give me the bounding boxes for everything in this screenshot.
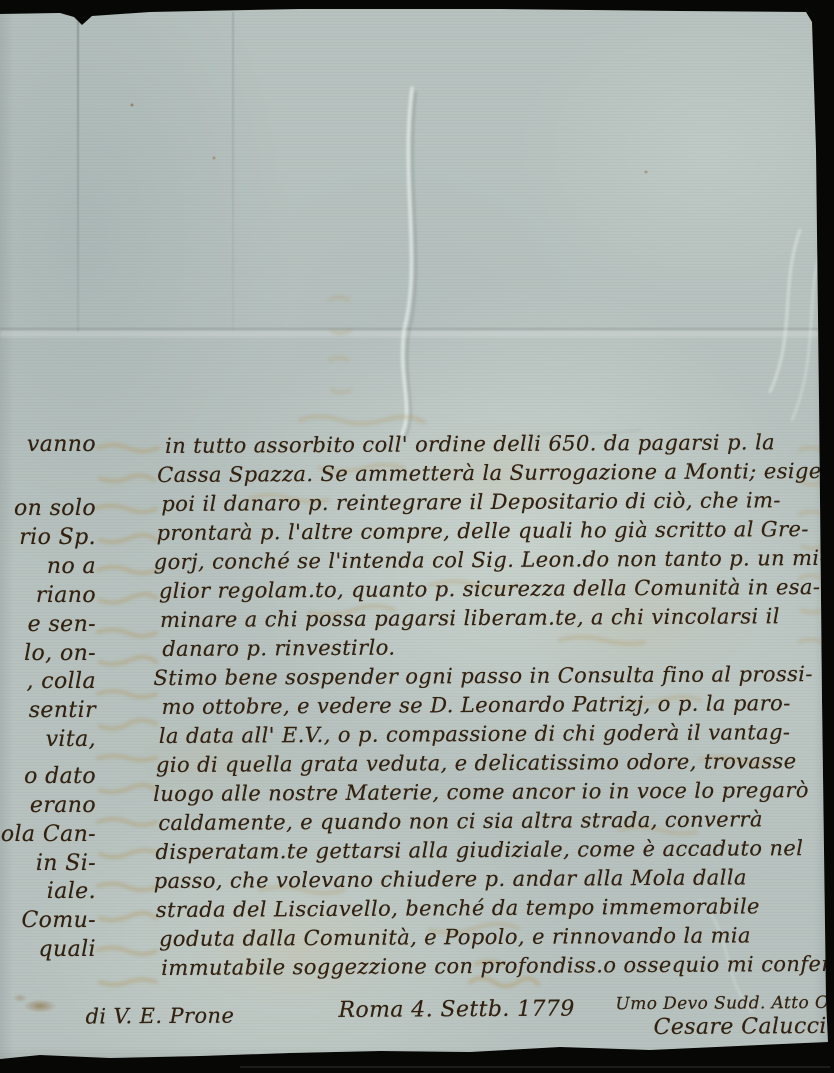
- body-line: caldamente, e quando non ci sia altra st…: [158, 805, 763, 838]
- scan-background: vanno on solo rio Sp. no a riano e sen- …: [0, 0, 834, 1073]
- body-line: in tutto assorbito coll' ordine delli 65…: [165, 428, 775, 461]
- manuscript-page: vanno on solo rio Sp. no a riano e sen- …: [0, 0, 834, 1073]
- signature-name: Cesare Calucci: [654, 1012, 827, 1042]
- body-line: prontarà p. l'altre compre, delle quali …: [156, 515, 808, 548]
- body-line: danaro p. rinvestirlo.: [162, 634, 395, 664]
- body-line: glior regolam.to, quanto p. sicurezza de…: [159, 573, 821, 606]
- body-line: immutabile soggezzione con profondiss.o …: [161, 950, 834, 983]
- body-line: gio di quella grata veduta, e delicatiss…: [156, 747, 797, 780]
- body-line: passo, che volevano chiudere p. andar al…: [154, 863, 747, 896]
- body-line: mo ottobre, e vedere se D. Leonardo Patr…: [162, 689, 791, 722]
- valediction: di V. E. Prone: [85, 1002, 234, 1032]
- body-line: Cassa Spazza. Se ammetterà la Surrogazio…: [157, 457, 834, 490]
- body-line: luogo alle nostre Materie, come ancor io…: [153, 776, 809, 809]
- underlying-sheet-edge: [240, 1066, 830, 1068]
- letter-body: in tutto assorbito coll' ordine delli 65…: [0, 0, 834, 1073]
- body-line: goduta dalla Comunità, e Popolo, e rinno…: [159, 921, 751, 954]
- body-line: Stimo bene sospender ogni passo in Consu…: [153, 660, 813, 693]
- body-line: gorj, conché se l'intenda col Sig. Leon.…: [154, 544, 827, 577]
- body-line: disperatam.te gettarsi alla giudiziale, …: [155, 834, 803, 867]
- body-line: la data all' E.V., o p. compassione di c…: [159, 718, 791, 751]
- body-line: strada del Lisciavello, benché da tempo …: [156, 892, 760, 925]
- dateline: Roma 4. Settb. 1779: [338, 994, 574, 1024]
- body-line: minare a chi possa pagarsi liberam.te, a…: [160, 602, 780, 635]
- body-line: poi il danaro p. reintegrare il Deposita…: [161, 486, 781, 519]
